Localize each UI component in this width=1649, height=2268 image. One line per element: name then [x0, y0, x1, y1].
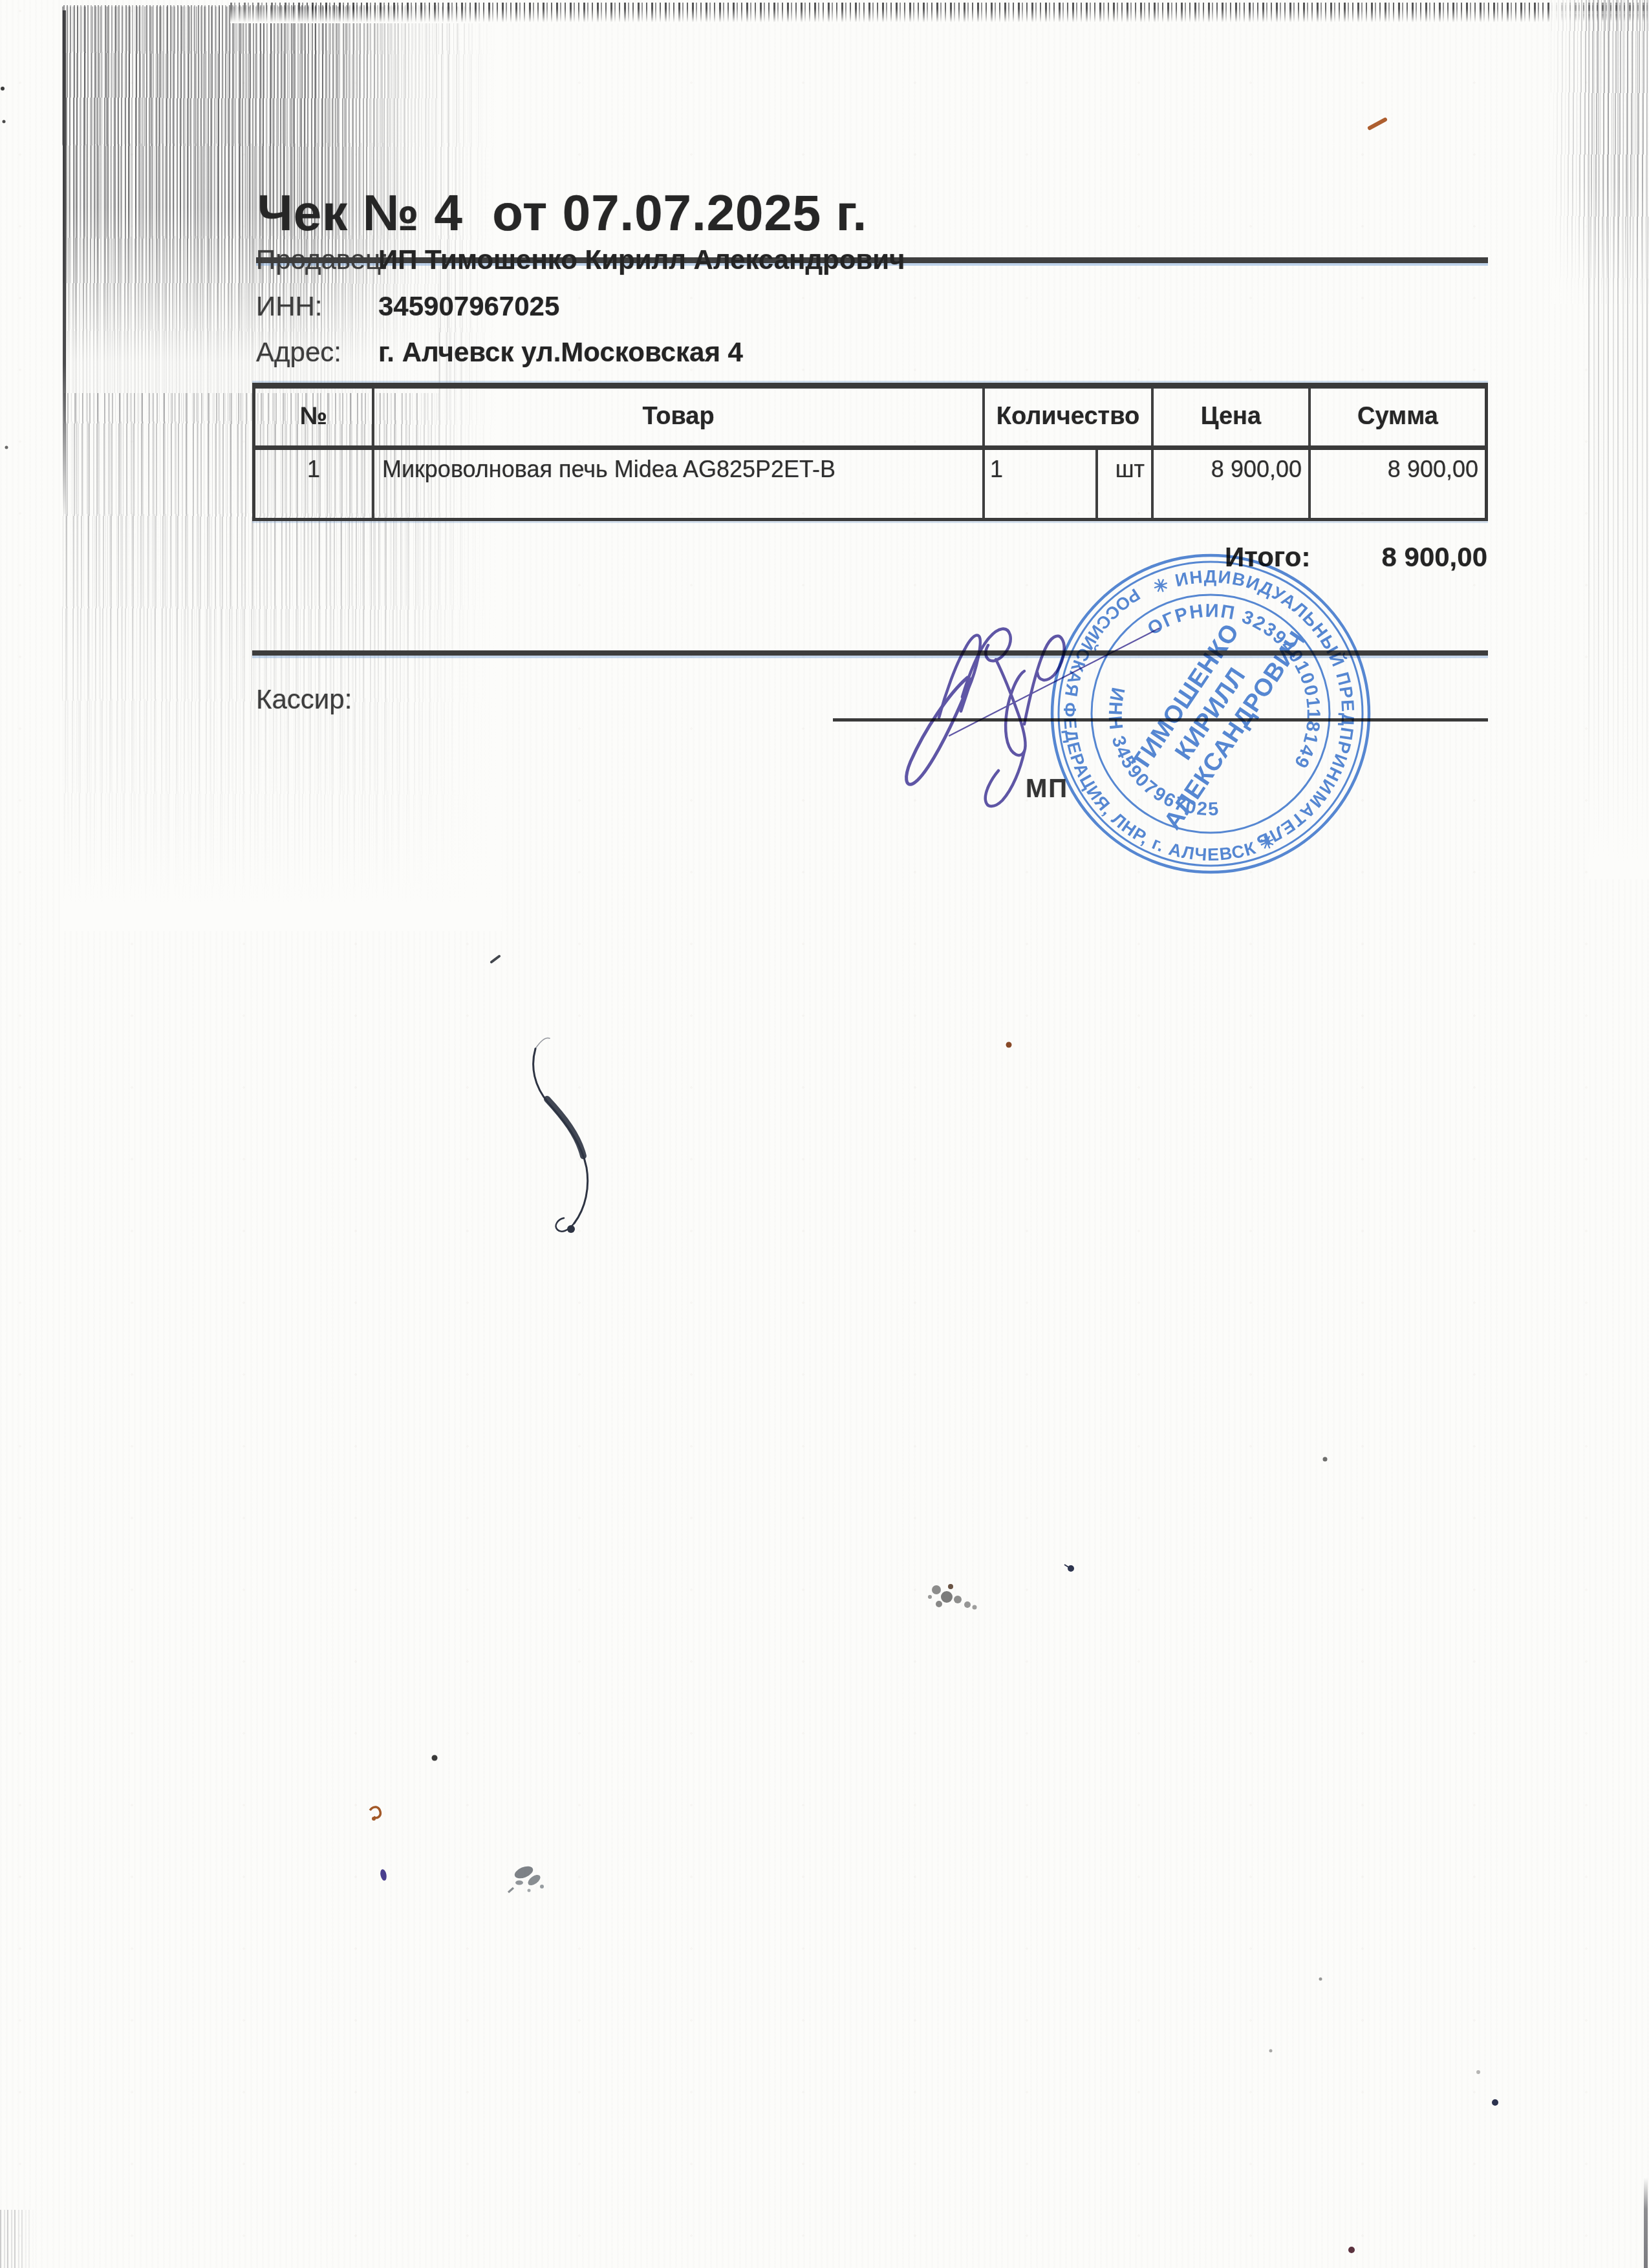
gray-bird-smudge: [508, 1864, 544, 1892]
purple-blob: [380, 1868, 388, 1881]
edge-speck-1: [1, 87, 5, 91]
edge-speck-3: [5, 446, 8, 449]
navy-dot-bottom: [1492, 2099, 1498, 2106]
edge-speck-2: [3, 120, 6, 123]
dirt-specks: [1, 87, 1498, 2253]
handwritten-signature: [907, 628, 1159, 806]
brown-speck: [1006, 1042, 1012, 1048]
faint-dot-3: [1476, 2070, 1480, 2074]
gray-dot: [1323, 1457, 1328, 1462]
gray-smudge-cluster: [928, 1584, 977, 1610]
faint-dot-1: [1319, 1978, 1322, 1981]
maroon-dot-bottom: [1348, 2247, 1355, 2253]
blue-black-dot: [1068, 1565, 1074, 1572]
scanner-hair-mark: [533, 1038, 588, 1233]
orange-squiggle: [370, 1807, 380, 1818]
dark-dot: [432, 1755, 438, 1761]
ink-and-specks-layer: [0, 0, 1649, 2268]
scanned-receipt-page: Чек № 4 от 07.07.2025 г. Продавец: ИП Ти…: [0, 0, 1649, 2268]
orange-speck-top: [1370, 120, 1385, 128]
lower-left-marks: [370, 1807, 544, 1892]
faint-dot-2: [1269, 2049, 1273, 2053]
small-tick-mark: [491, 956, 499, 962]
